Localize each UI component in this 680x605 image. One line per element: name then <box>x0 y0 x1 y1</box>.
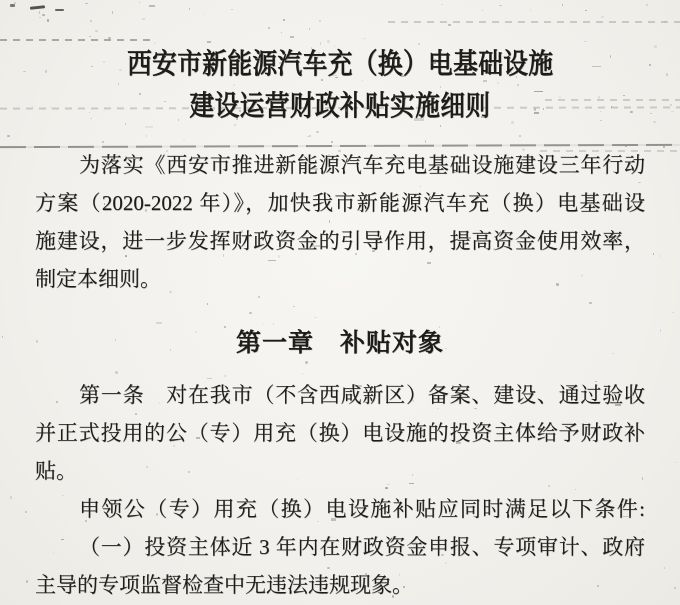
text-line: 并正式投用的公（专）用充（换）电设施的投资主体给予财政补 <box>35 414 645 452</box>
text-line: 制定本细则。 <box>35 260 645 298</box>
text-line: 贴。 <box>35 452 645 490</box>
scanned-document-page: 西安市新能源汽车充（换）电基础设施 建设运营财政补贴实施细则 为落实《西安市推进… <box>0 0 680 605</box>
text-line: 施建设，进一步发挥财政资金的引导作用，提高资金使用效率， <box>35 222 645 260</box>
document-title-line-2: 建设运营财政补贴实施细则 <box>190 85 491 127</box>
text-line: 方案（2020-2022 年）》，加快我市新能源汽车充（换）电基础设 <box>35 184 645 222</box>
paragraph: 申领公（专）用充（换）电设施补贴应同时满足以下条件: <box>35 490 645 528</box>
ink-smudge <box>10 4 15 7</box>
text-line: 第一条 对在我市（不含西咸新区）备案、建设、通过验收 <box>35 376 645 414</box>
ink-smudge <box>55 9 64 11</box>
scan-artifact-line <box>388 21 680 23</box>
text-line: 为落实《西安市推进新能源汽车充电基础设施建设三年行动 <box>35 146 645 184</box>
text-line: （一）投资主体近 3 年内在财政资金申报、专项审计、政府 <box>35 528 645 566</box>
paragraph: 第一条 对在我市（不含西咸新区）备案、建设、通过验收并正式投用的公（专）用充（换… <box>35 376 645 490</box>
chapter-heading: 第一章 补贴对象 <box>35 324 645 362</box>
document-title-line-1: 西安市新能源汽车充（换）电基础设施 <box>127 43 553 85</box>
document-title: 西安市新能源汽车充（换）电基础设施 建设运营财政补贴实施细则 <box>0 43 680 127</box>
paragraph: （一）投资主体近 3 年内在财政资金申报、专项审计、政府主导的专项监督检查中无违… <box>35 528 645 604</box>
paragraph: 为落实《西安市推进新能源汽车充电基础设施建设三年行动方案（2020-2022 年… <box>35 146 645 298</box>
ink-smudge <box>30 5 45 10</box>
document-body: 为落实《西安市推进新能源汽车充电基础设施建设三年行动方案（2020-2022 年… <box>35 146 645 604</box>
text-line: 申领公（专）用充（换）电设施补贴应同时满足以下条件: <box>35 490 645 528</box>
scan-artifact-line <box>0 39 150 41</box>
text-line: 主导的专项监督检查中无违法违规现象。 <box>35 566 645 604</box>
